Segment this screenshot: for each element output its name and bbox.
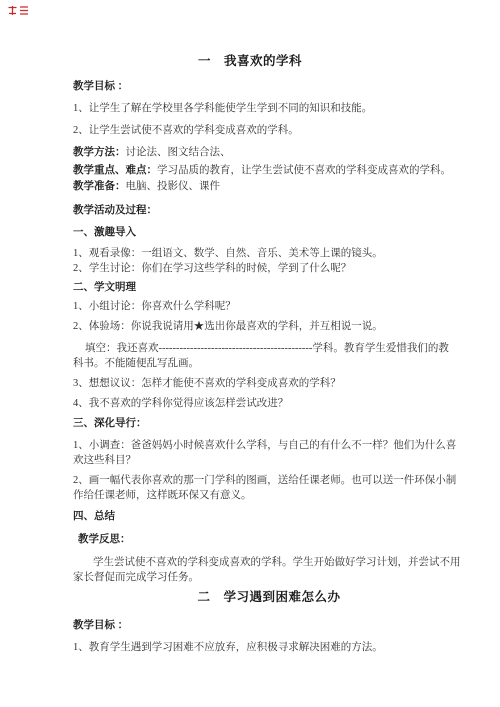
section3-item-1-line-2: 欢这些科目？ xyxy=(73,453,500,468)
reflection-line-1: 学生尝试使不喜欢的学科变成喜欢的学科。学生开始做好学习计划，并尝试不用 xyxy=(93,555,500,570)
section3-item-2-line-2: 作给任课老师，这样既环保又有意义。 xyxy=(73,488,500,503)
section1-item-2: 2、学生讨论：你们在学习这些学科的时候，学到了什么呢？ xyxy=(73,261,500,276)
section1-heading: 一、激趣导入 xyxy=(73,225,500,240)
lesson1-objective-item-1: 1、让学生了解在学校里各学科能使学生学到不同的知识和技能。 xyxy=(73,101,500,116)
lesson-plan-document: 一 我喜欢的学科 教学目标 ： 1、让学生了解在学校里各学科能使学生学到不同的知… xyxy=(0,0,500,655)
key-points-label: 教学重点、难点： xyxy=(73,165,157,176)
section2-item-4: 4、我不喜欢的学科你觉得应该怎样尝试改进？ xyxy=(73,396,500,411)
preparation-line: 教学准备：电脑、投影仪、课件 xyxy=(73,179,500,194)
fill-blank-line-2: 科书。不能随便乱写乱画。 xyxy=(73,356,500,371)
fill-blank-line-1: 填空：我还喜欢---------------------------------… xyxy=(85,341,500,356)
section2-heading: 二、学文明理 xyxy=(73,280,500,295)
section3-heading: 三、深化导行： xyxy=(73,416,500,431)
preparation-value: 电脑、投影仪、课件 xyxy=(126,181,221,192)
section3-item-2-line-1: 2、画一幅代表你喜欢的那一门学科的图画，送给任课老师。也可以送一件环保小制 xyxy=(73,473,500,488)
process-heading: 教学活动及过程： xyxy=(73,203,500,218)
reflection-line-2: 家长督促而完成学习任务。 xyxy=(73,570,500,585)
lesson2-title: 二 学习遇到困难怎么办 xyxy=(0,588,500,606)
section1-item-1: 1、观看录像：一组语文、数学、自然、音乐、美术等上课的镜头。 xyxy=(73,246,500,261)
preparation-label: 教学准备： xyxy=(73,181,126,192)
section2-item-3: 3、想想议议：怎样才能使不喜欢的学科变成喜欢的学科？ xyxy=(73,376,500,391)
section4-heading: 四、总结 xyxy=(73,509,500,524)
lesson1-objectives-heading: 教学目标 ： xyxy=(73,79,500,94)
lesson1-title: 一 我喜欢的学科 xyxy=(0,52,500,70)
document-page: 一 我喜欢的学科 教学目标 ： 1、让学生了解在学校里各学科能使学生学到不同的知… xyxy=(0,0,500,707)
red-watermark-icon xyxy=(7,5,29,16)
key-points-value: 学习品质的教育，让学生尝试使不喜欢的学科变成喜欢的学科。 xyxy=(157,165,451,176)
section2-item-1: 1、小组讨论：你喜欢什么学科呢？ xyxy=(73,299,500,314)
teaching-method-label: 教学方法： xyxy=(73,147,126,158)
lesson1-objective-item-2: 2、让学生尝试使不喜欢的学科变成喜欢的学科。 xyxy=(73,123,500,138)
lesson2-objectives-heading: 教学目标 ： xyxy=(73,618,500,633)
section3-item-1-line-1: 1、小调查：爸爸妈妈小时候喜欢什么学科，与自己的有什么不一样？他们为什么喜 xyxy=(73,438,500,453)
lesson2-objective-item-1: 1、教育学生遇到学习困难不应放弃，应积极寻求解决困难的方法。 xyxy=(73,640,500,655)
section2-item-2: 2、体验场：你说我说请用★选出你最喜欢的学科，并互相说一说。 xyxy=(73,319,500,334)
reflection-heading: 教学反思： xyxy=(78,532,500,547)
teaching-method-value: 讨论法、图文结合法、 xyxy=(126,147,231,158)
key-points-line: 教学重点、难点：学习品质的教育，让学生尝试使不喜欢的学科变成喜欢的学科。 xyxy=(73,163,500,178)
teaching-method-line: 教学方法：讨论法、图文结合法、 xyxy=(73,145,500,160)
